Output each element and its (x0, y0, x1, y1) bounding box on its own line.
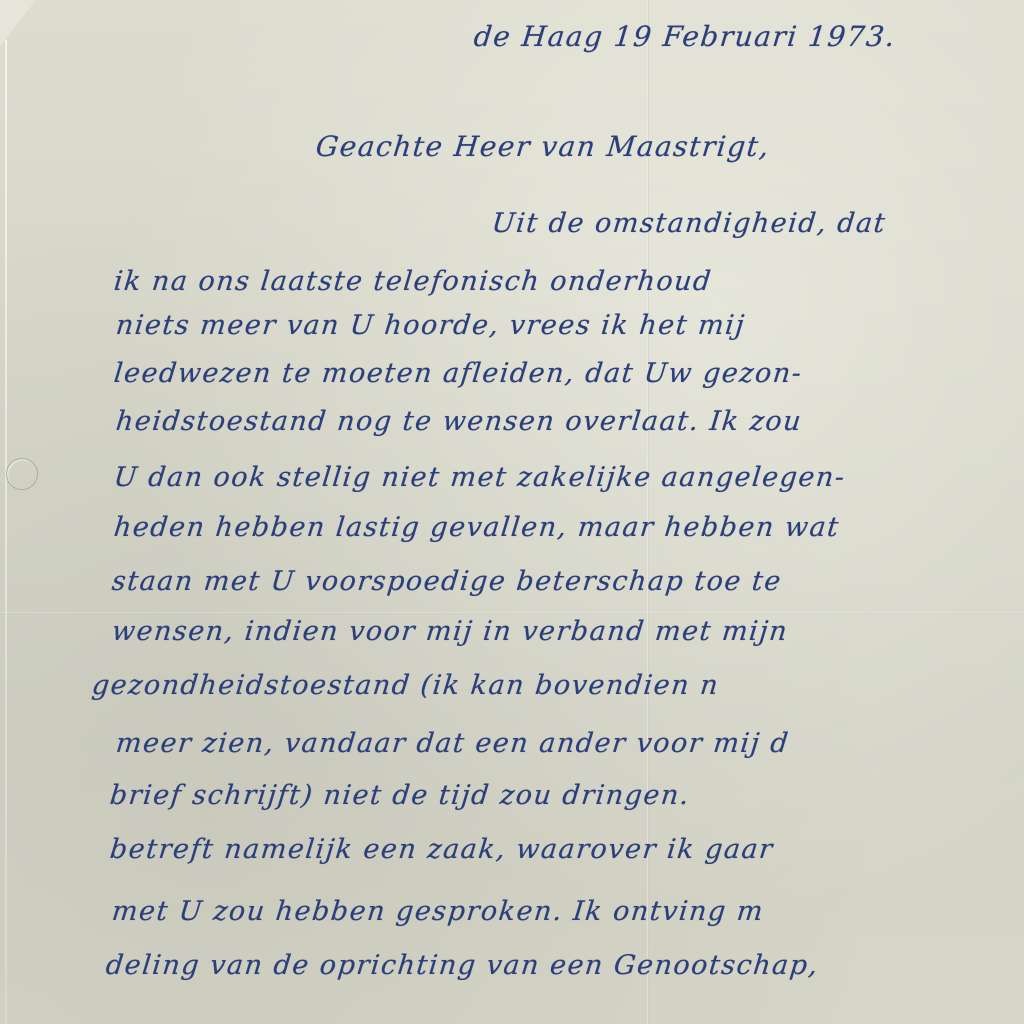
salutation: Geachte Heer van Maastrigt, (314, 130, 771, 163)
body-line: niets meer van U hoorde, vrees ik het mi… (114, 310, 747, 341)
body-line: ik na ons laatste telefonisch onderhoud (112, 266, 713, 297)
horizontal-fold-crease (0, 612, 1024, 614)
body-line: heidstoestand nog te wensen overlaat. Ik… (114, 406, 803, 437)
body-line: leedwezen te moeten afleiden, dat Uw gez… (112, 358, 804, 389)
body-line: betreft namelijk een zaak, waarover ik g… (108, 834, 775, 865)
letter-paper: de Haag 19 Februari 1973. Geachte Heer v… (0, 0, 1024, 1024)
body-line: U dan ook stellig niet met zakelijke aan… (112, 462, 847, 493)
body-line: Uit de omstandigheid, dat (490, 208, 887, 239)
body-line: meer zien, vandaar dat een ander voor mi… (114, 728, 791, 759)
date-line: de Haag 19 Februari 1973. (472, 20, 897, 53)
body-line: brief schrijft) niet de tijd zou dringen… (108, 780, 691, 811)
paper-edge (5, 40, 7, 1024)
body-line: staan met U voorspoedige beterschap toe … (110, 566, 783, 597)
hole-punch-icon (6, 458, 38, 490)
body-line: met U zou hebben gesproken. Ik ontving m (110, 896, 765, 927)
body-line: wensen, indien voor mij in verband met m… (110, 616, 789, 647)
body-line: gezondheidstoestand (ik kan bovendien n (90, 670, 720, 701)
body-line: deling van de oprichting van een Genoots… (104, 950, 820, 981)
body-line: heden hebben lastig gevallen, maar hebbe… (112, 512, 841, 543)
